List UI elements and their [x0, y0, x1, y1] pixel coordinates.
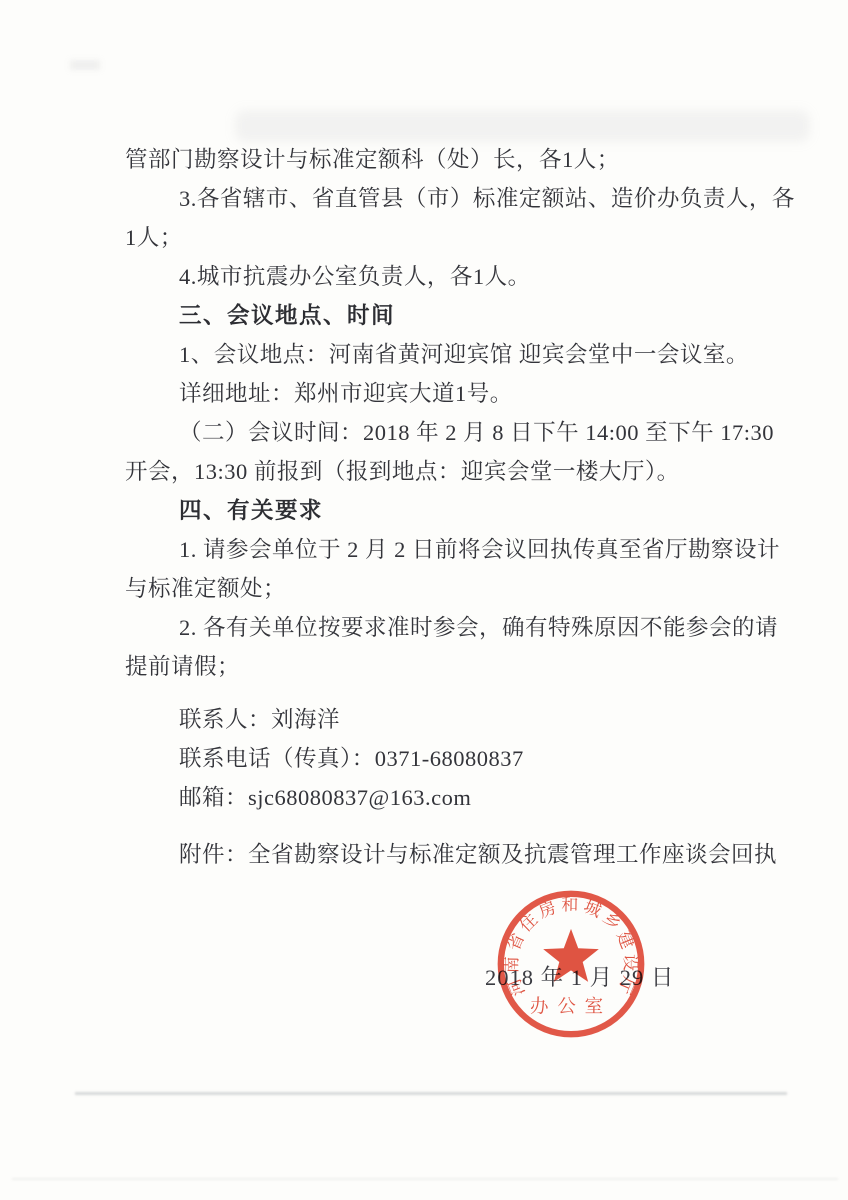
body-line-2: 3.各省辖市、省直管县（市）标准定额站、造价办负责人，各: [125, 179, 785, 218]
body-line-9: 开会，13:30 前报到（报到地点：迎宾会堂一楼大厅）。: [125, 452, 785, 491]
scanned-document-page: 管部门勘察设计与标准定额科（处）长，各1人； 3.各省辖市、省直管县（市）标准定…: [0, 0, 848, 1200]
section-heading-requirements: 四、有关要求: [125, 491, 785, 530]
body-line-7: 详细地址：郑州市迎宾大道1号。: [125, 374, 785, 413]
body-line-8: （二）会议时间：2018 年 2 月 8 日下午 14:00 至下午 17:30: [125, 413, 785, 452]
section-heading-location-time: 三、会议地点、时间: [125, 296, 785, 335]
official-seal: 河南省住房和城乡建设厅 办公室: [493, 886, 649, 1042]
body-line-11: 1. 请参会单位于 2 月 2 日前将会议回执传真至省厅勘察设计: [125, 530, 785, 569]
red-star-icon: [543, 929, 599, 982]
contact-person: 联系人：刘海洋: [125, 700, 785, 739]
signature-date: 2018 年 1 月 29 日: [125, 958, 785, 997]
official-seal-graphic: 河南省住房和城乡建设厅 办公室: [493, 886, 649, 1042]
body-line-12: 与标准定额处；: [125, 569, 785, 608]
attachment-line: 附件：全省勘察设计与标准定额及抗震管理工作座谈会回执: [125, 835, 785, 874]
seal-office-text: 办公室: [530, 997, 612, 1018]
contact-phone: 联系电话（传真）：0371-68080837: [125, 739, 785, 778]
body-line-14: 提前请假；: [125, 647, 785, 686]
body-line-3: 1人；: [125, 218, 785, 257]
body-line-6: 1、会议地点：河南省黄河迎宾馆 迎宾会堂中一会议室。: [125, 335, 785, 374]
document-body: 管部门勘察设计与标准定额科（处）长，各1人； 3.各省辖市、省直管县（市）标准定…: [125, 140, 785, 997]
scanner-streak-faint: [12, 1178, 838, 1180]
body-line-4: 4.城市抗震办公室负责人，各1人。: [125, 257, 785, 296]
scan-bleedthrough-smudge: [235, 110, 810, 142]
scan-speck: [70, 60, 100, 70]
scanner-streak: [75, 1092, 787, 1095]
body-line-1: 管部门勘察设计与标准定额科（处）长，各1人；: [125, 140, 785, 179]
body-line-13: 2. 各有关单位按要求准时参会，确有特殊原因不能参会的请: [125, 608, 785, 647]
contact-email: 邮箱：sjc68080837@163.com: [125, 778, 785, 817]
